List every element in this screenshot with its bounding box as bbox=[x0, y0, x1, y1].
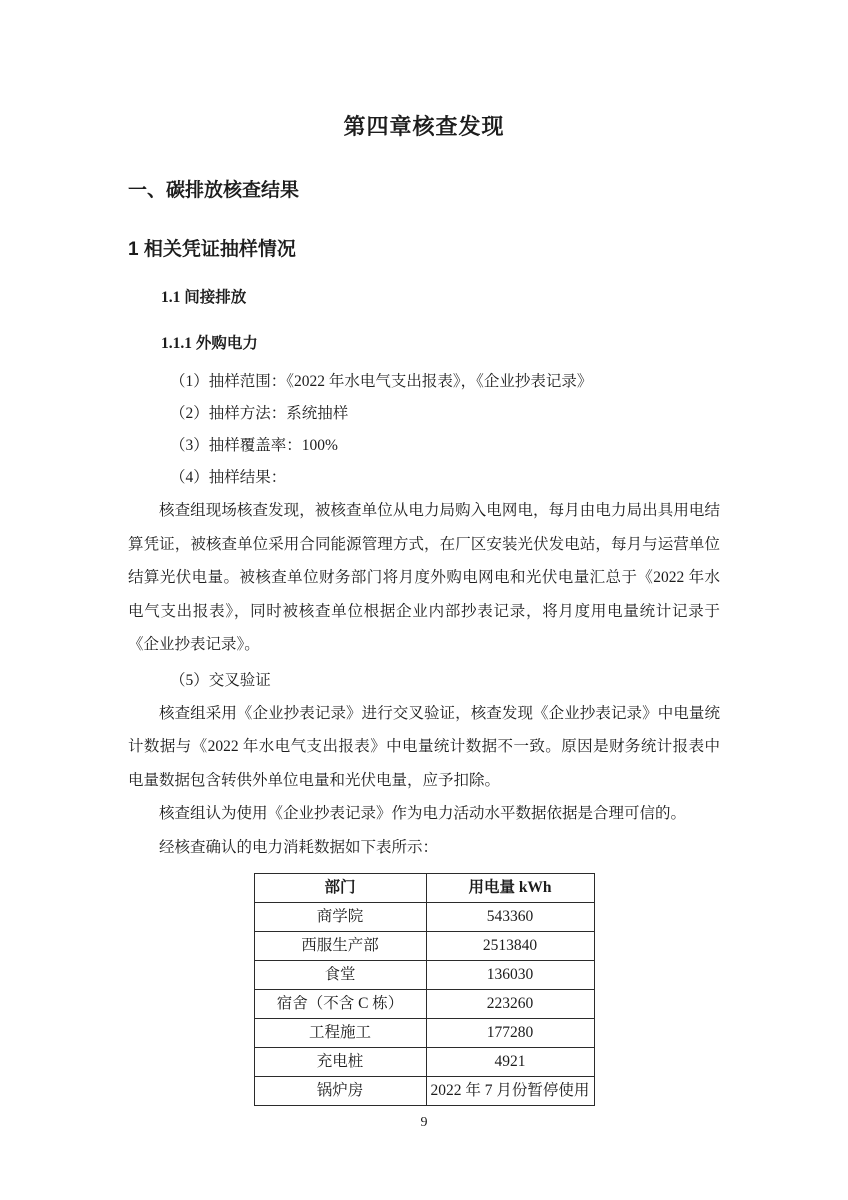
table-row: 宿舍（不含 C 栋）223260 bbox=[254, 990, 594, 1019]
department-cell: 商学院 bbox=[254, 903, 426, 932]
consumption-table-body: 商学院543360西服生产部2513840食堂136030宿舍（不含 C 栋）2… bbox=[254, 903, 594, 1106]
heading-carbon-verification-results: 一、碳排放核查结果 bbox=[128, 178, 720, 204]
consumption-cell: 2022 年 7 月份暂停使用 bbox=[426, 1077, 594, 1106]
paragraph-sampling-findings: 核查组现场核查发现，被核查单位从电力局购入电网电，每月由电力局出具用电结算凭证，… bbox=[128, 494, 720, 662]
sampling-item-scope: （1）抽样范围：《2022 年水电气支出报表》，《企业抄表记录》 bbox=[128, 366, 720, 398]
sampling-item-result: （4）抽样结果： bbox=[128, 462, 720, 494]
table-row: 充电桩4921 bbox=[254, 1048, 594, 1077]
table-row: 锅炉房2022 年 7 月份暂停使用 bbox=[254, 1077, 594, 1106]
department-cell: 宿舍（不含 C 栋） bbox=[254, 990, 426, 1019]
sampling-list: （1）抽样范围：《2022 年水电气支出报表》，《企业抄表记录》 （2）抽样方法… bbox=[128, 366, 720, 494]
sampling-item-coverage: （3）抽样覆盖率：100% bbox=[128, 430, 720, 462]
sampling-item-method: （2）抽样方法：系统抽样 bbox=[128, 398, 720, 430]
consumption-cell: 4921 bbox=[426, 1048, 594, 1077]
department-cell: 锅炉房 bbox=[254, 1077, 426, 1106]
chapter-title: 第四章核查发现 bbox=[128, 112, 720, 142]
consumption-cell: 177280 bbox=[426, 1019, 594, 1048]
page-content: 第四章核查发现 一、碳排放核查结果 1 相关凭证抽样情况 1.1 间接排放 1.… bbox=[0, 0, 848, 1132]
consumption-cell: 223260 bbox=[426, 990, 594, 1019]
page-number: 9 bbox=[128, 1114, 720, 1132]
table-row: 食堂136030 bbox=[254, 961, 594, 990]
consumption-cell: 543360 bbox=[426, 903, 594, 932]
table-row: 西服生产部2513840 bbox=[254, 932, 594, 961]
table-row: 工程施工177280 bbox=[254, 1019, 594, 1048]
paragraph-table-intro: 经核查确认的电力消耗数据如下表所示： bbox=[128, 831, 720, 865]
department-cell: 食堂 bbox=[254, 961, 426, 990]
table-header-row: 部门 用电量 kWh bbox=[254, 874, 594, 903]
heading-indirect-emissions: 1.1 间接排放 bbox=[161, 287, 720, 309]
department-cell: 充电桩 bbox=[254, 1048, 426, 1077]
paragraph-conclusion: 核查组认为使用《企业抄表记录》作为电力活动水平数据依据是合理可信的。 bbox=[128, 797, 720, 831]
paragraph-cross-check: 核查组采用《企业抄表记录》进行交叉验证，核查发现《企业抄表记录》中电量统计数据与… bbox=[128, 697, 720, 798]
document-page: 第四章核查发现 一、碳排放核查结果 1 相关凭证抽样情况 1.1 间接排放 1.… bbox=[0, 0, 848, 1200]
department-cell: 西服生产部 bbox=[254, 932, 426, 961]
sampling-item-cross-check: （5）交叉验证 bbox=[128, 665, 720, 697]
table-header-consumption: 用电量 kWh bbox=[426, 874, 594, 903]
table-header-department: 部门 bbox=[254, 874, 426, 903]
consumption-cell: 136030 bbox=[426, 961, 594, 990]
department-cell: 工程施工 bbox=[254, 1019, 426, 1048]
heading-voucher-sampling: 1 相关凭证抽样情况 bbox=[128, 237, 720, 263]
consumption-cell: 2513840 bbox=[426, 932, 594, 961]
electricity-consumption-table: 部门 用电量 kWh 商学院543360西服生产部2513840食堂136030… bbox=[254, 873, 595, 1106]
heading-purchased-electricity: 1.1.1 外购电力 bbox=[161, 333, 720, 355]
table-row: 商学院543360 bbox=[254, 903, 594, 932]
